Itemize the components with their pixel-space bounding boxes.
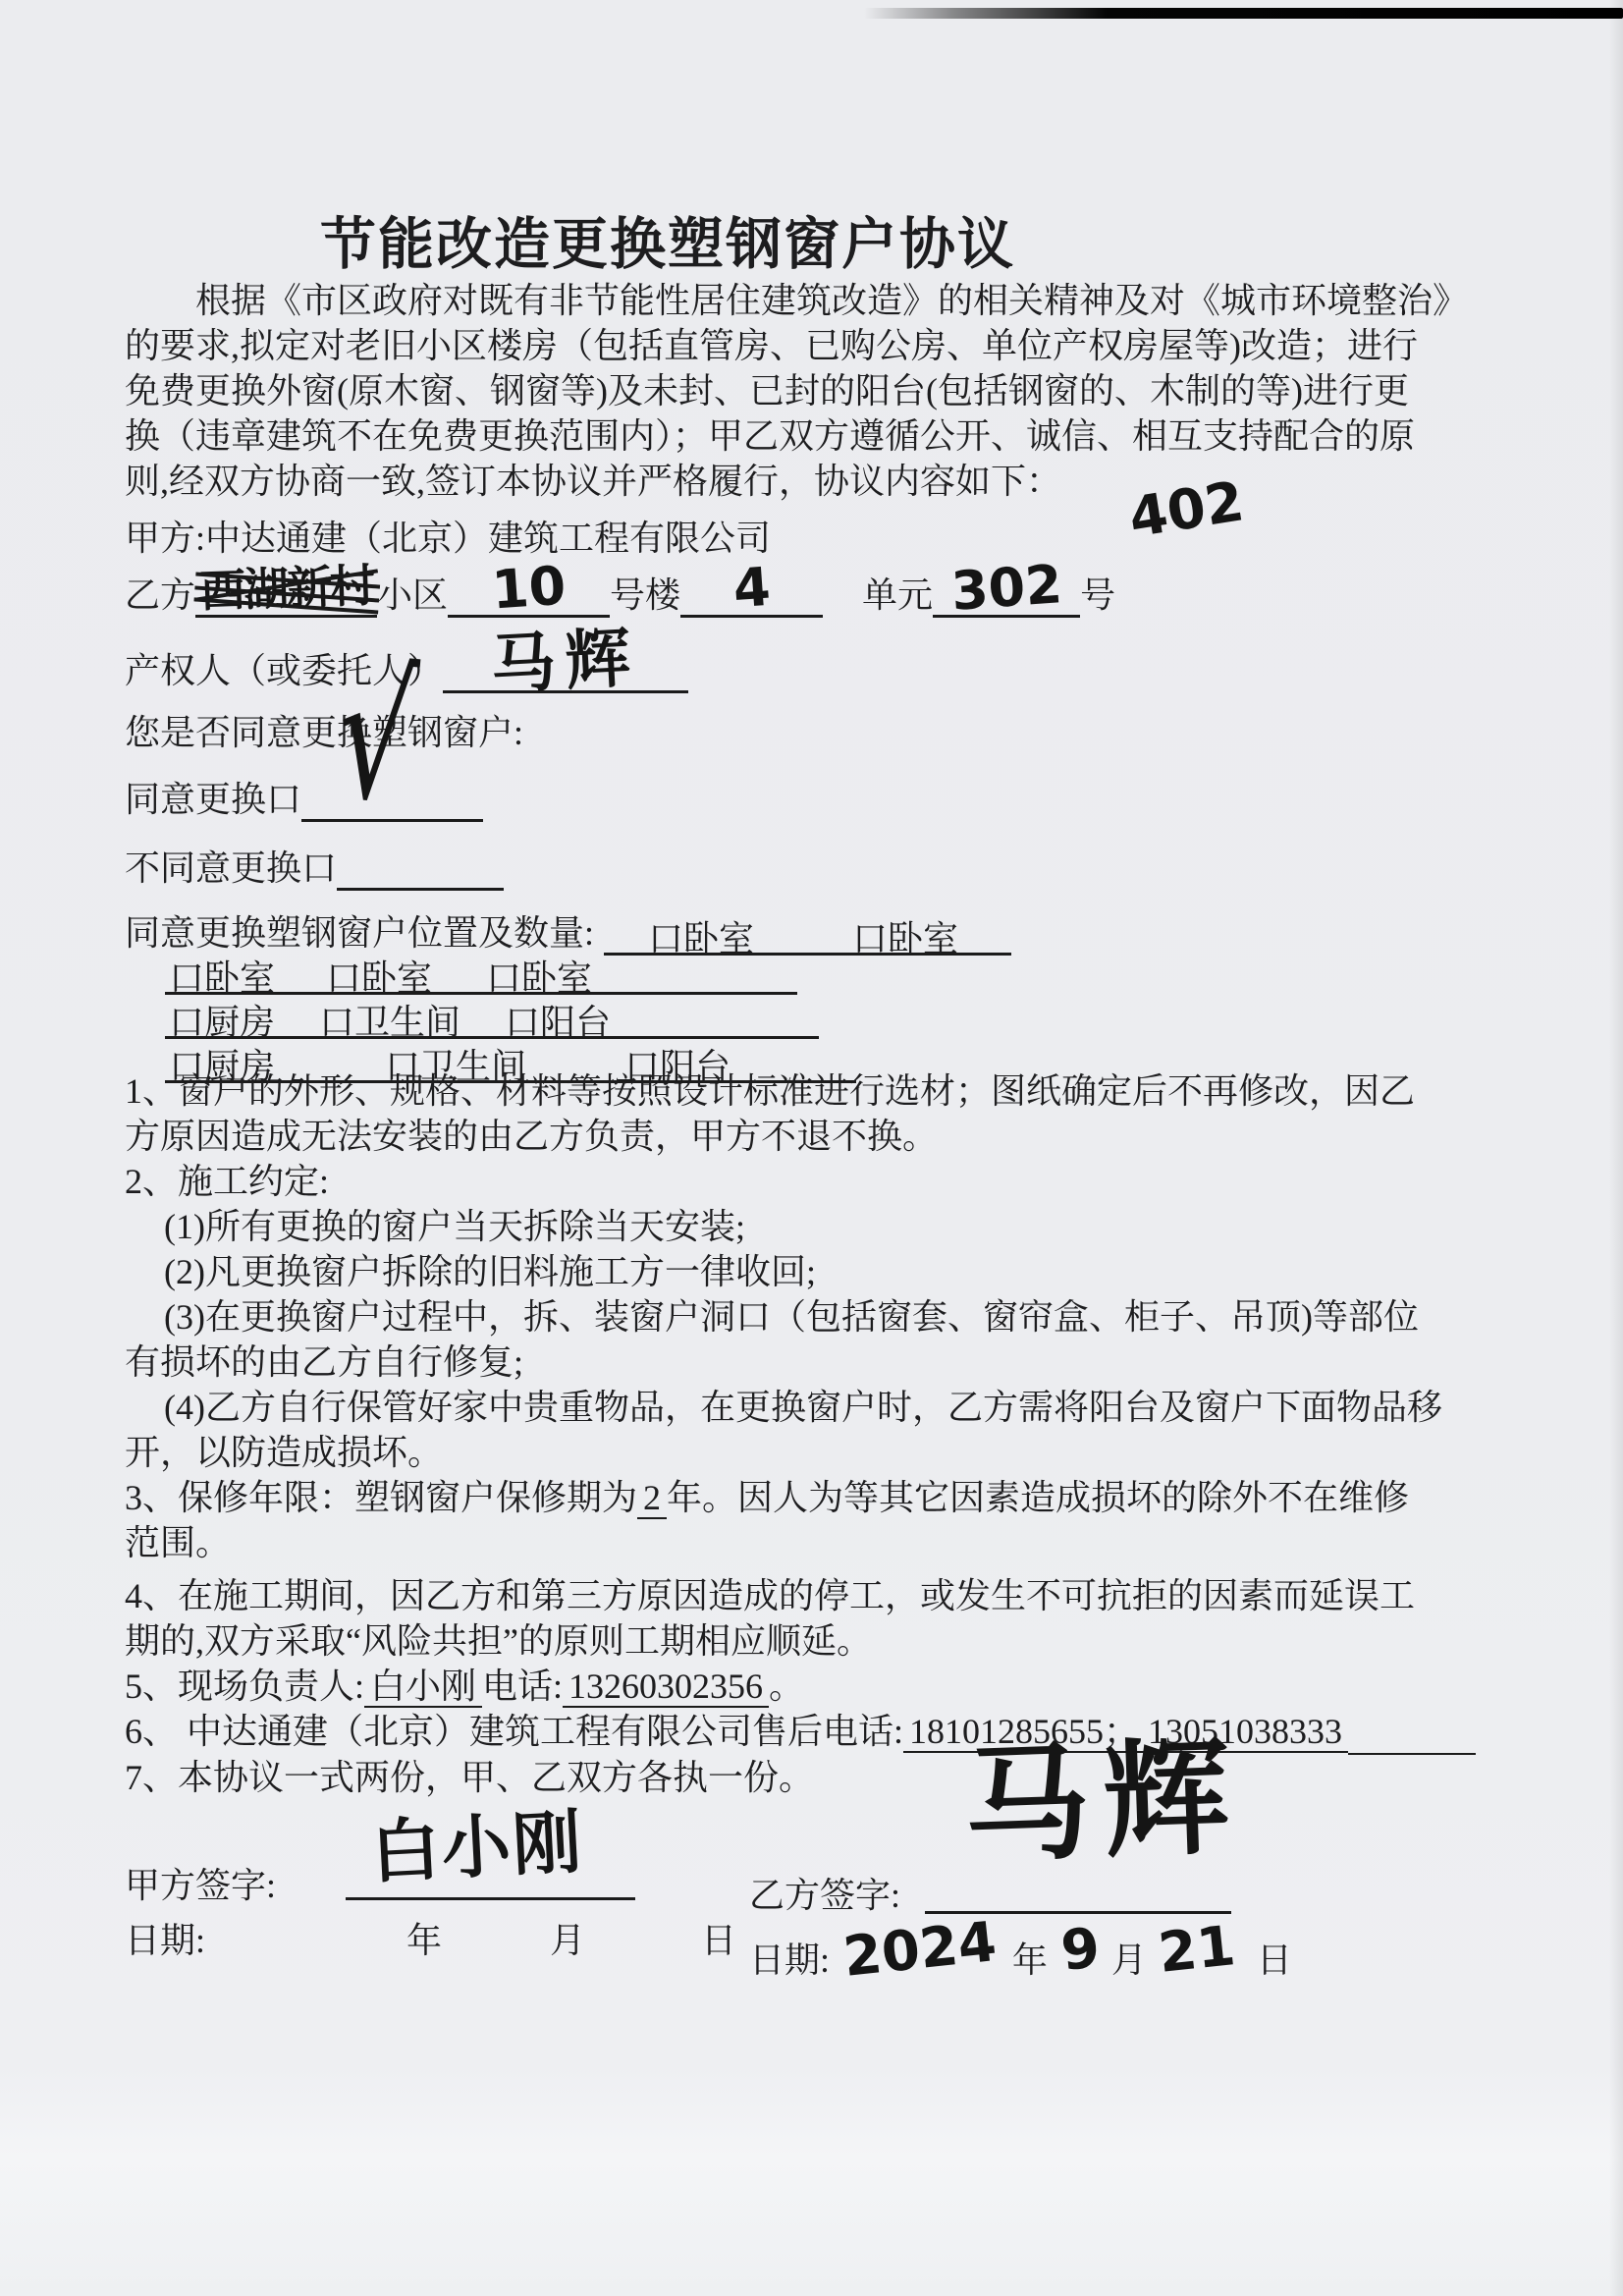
community-blank: 西湖新村	[195, 574, 377, 618]
room-no-blank: 302	[933, 574, 1080, 618]
disagree-label: 不同意更换口	[125, 848, 337, 888]
term-line: (1)所有更换的窗户当天拆除当天安装;	[125, 1204, 1519, 1249]
term-line: 4、在施工期间，因乙方和第三方原因造成的停工，或发生不可抗拒的因素而延误工	[125, 1573, 1519, 1618]
warranty-years: 2	[637, 1478, 667, 1519]
term-line: 7、本协议一式两份，甲、乙双方各执一份。	[125, 1755, 1519, 1800]
term-line: 2、施工约定:	[125, 1159, 1519, 1204]
intro-line: 的要求,拟定对老旧小区楼房（包括直管房、已购公房、单位产权房屋等)改造；进行	[125, 323, 1499, 368]
intro-line: 换（违章建筑不在免费更换范围内）；甲乙双方遵循公开、诚信、相互支持配合的原	[125, 413, 1499, 459]
location-item: 口卧室	[326, 951, 432, 1001]
term-line: 3、保修年限：塑钢窗户保修期为2年。因人为等其它因素造成损坏的除外不在维修	[125, 1475, 1519, 1520]
warranty-text-pre: 3、保修年限：塑钢窗户保修期为	[125, 1478, 637, 1517]
party-a-line: 甲方:中达通建（北京）建筑工程有限公司	[125, 511, 771, 561]
hand-building-no: 10	[490, 559, 568, 617]
building-no-blank: 10	[448, 574, 610, 618]
term-line: 期的,双方采取“风险共担”的原则工期相应顺延。	[125, 1618, 1519, 1664]
agree-line: 同意更换口	[125, 772, 483, 822]
intro-line: 免费更换外窗(原木窗、钢窗等)及未封、已封的阳台(包括钢窗的、木制的等)进行更	[125, 368, 1499, 413]
locations-header: 同意更换塑钢窗户位置及数量:口卧室口卧室	[125, 905, 1011, 956]
party-b-signature-hand: 马辉	[962, 1735, 1245, 1871]
date-label: 日期:	[125, 1921, 205, 1960]
doc-title: 节能改造更换塑钢窗户协议	[0, 199, 1335, 280]
label-hao: 号	[1080, 575, 1115, 615]
term-line: 范围。	[125, 1520, 1519, 1565]
site-manager-phone: 13260302356	[563, 1667, 769, 1708]
agree-label: 同意更换口	[125, 780, 301, 819]
term-line: (2)凡更换窗户拆除的旧料施工方一律收回;	[125, 1249, 1519, 1294]
party-a-signature-hand: 白小刚	[369, 1807, 584, 1886]
location-item: 口阳台	[505, 995, 611, 1045]
locations-header-label: 同意更换塑钢窗户位置及数量:	[125, 913, 594, 953]
location-item: 口卧室	[852, 911, 958, 961]
term-line: 5、现场负责人:白小刚电话:13260302356。	[125, 1664, 1519, 1709]
date-label: 日期:	[749, 1941, 830, 1980]
location-item: 口厨房	[169, 995, 275, 1045]
agree-check-mark: √	[331, 647, 421, 828]
location-row: 口厨房口卫生间口阳台	[165, 995, 819, 1039]
location-item: 口卫生间	[319, 995, 460, 1045]
location-item: 口卧室	[486, 951, 592, 1001]
locations-header-blank: 口卧室口卧室	[604, 911, 1011, 956]
warranty-text-post: 年。因人为等其它因素造成损坏的除外不在维修	[667, 1478, 1409, 1517]
party-b-sign-label: 乙方签字:	[749, 1868, 900, 1918]
scanned-contract-page: 节能改造更换塑钢窗户协议 根据《市区政府对既有非节能性居住建筑改造》的相关精神及…	[0, 0, 1623, 2296]
month-char: 月	[550, 1921, 585, 1960]
unit-no-blank: 4	[680, 574, 823, 618]
location-item: 口卧室	[169, 951, 275, 1001]
location-row-blank: 口厨房口卫生间口阳台	[165, 995, 819, 1039]
aftersales-pre: 6、 中达通建（北京）建筑工程有限公司售后电话:	[125, 1712, 903, 1751]
party-b-date-line: 日期:2024年9月21日	[749, 1927, 1292, 1983]
site-manager-end: 。	[769, 1667, 804, 1706]
term-line: 开，以防造成损坏。	[125, 1430, 1519, 1475]
terms-section: 1、窗户的外形、规格、材料等按照设计标准进行选材；图纸确定后不再修改，因乙 方原…	[125, 1068, 1519, 1800]
hand-year: 2024	[841, 1915, 1000, 1986]
hand-community-scribbled: 西湖新村	[199, 562, 373, 613]
intro-line: 则,经双方协商一致,签订本协议并严格履行，协议内容如下：	[125, 459, 1499, 504]
disagree-line: 不同意更换口	[125, 841, 504, 891]
site-manager-name: 白小刚	[364, 1667, 482, 1708]
day-char: 日	[1257, 1941, 1292, 1980]
hand-note-room-402: 402	[1125, 474, 1247, 547]
term-line: 1、窗户的外形、规格、材料等按照设计标准进行选材；图纸确定后不再修改，因乙	[125, 1068, 1519, 1114]
label-xiaoqu: 小区	[377, 575, 448, 615]
label-haolou: 号楼	[610, 575, 680, 615]
scan-artifact-streak	[864, 8, 1623, 19]
term-line: (4)乙方自行保管好家中贵重物品，在更换窗户时，乙方需将阳台及窗户下面物品移	[125, 1385, 1519, 1430]
term-line: 6、 中达通建（北京）建筑工程有限公司售后电话:18101285655； 130…	[125, 1709, 1519, 1755]
aftersales-underline-trail	[1348, 1718, 1476, 1755]
owner-signature-hand: 马辉	[489, 626, 641, 698]
month-char: 月	[1111, 1941, 1147, 1980]
consent-question: 您是否同意更换塑钢窗户:	[125, 705, 523, 755]
party-b-label: 乙方	[125, 575, 195, 615]
disagree-blank	[337, 847, 504, 891]
location-row-blank: 口卧室口卧室口卧室	[165, 951, 797, 995]
hand-unit-no: 4	[731, 560, 772, 615]
party-a-sign-underline	[346, 1897, 635, 1900]
term-line: 方原因造成无法安装的由乙方负责，甲方不退不换。	[125, 1114, 1519, 1159]
hand-day: 21	[1156, 1919, 1237, 1982]
term-line: 有损坏的由乙方自行修复;	[125, 1339, 1519, 1385]
hand-month: 9	[1058, 1921, 1103, 1980]
hand-room-no: 302	[949, 558, 1063, 619]
day-char: 日	[701, 1921, 736, 1960]
party-a-sign-label: 甲方签字:	[125, 1858, 276, 1908]
location-row: 口卧室口卧室口卧室	[165, 951, 797, 995]
site-manager-mid: 电话:	[482, 1667, 563, 1706]
label-danyuan: 单元	[862, 575, 933, 615]
owner-signature-blank: 马辉	[443, 649, 688, 693]
site-manager-pre: 5、现场负责人:	[125, 1667, 364, 1706]
party-a-date-line: 日期:年月日	[125, 1913, 736, 1963]
intro-paragraph: 根据《市区政府对既有非节能性居住建筑改造》的相关精神及对《城市环境整治》 的要求…	[125, 278, 1499, 504]
year-char: 年	[406, 1921, 442, 1960]
intro-line: 根据《市区政府对既有非节能性居住建筑改造》的相关精神及对《城市环境整治》	[125, 278, 1499, 323]
term-line: (3)在更换窗户过程中，拆、装窗户洞口（包括窗套、窗帘盒、柜子、吊顶)等部位	[125, 1294, 1519, 1339]
year-char: 年	[1012, 1941, 1048, 1980]
